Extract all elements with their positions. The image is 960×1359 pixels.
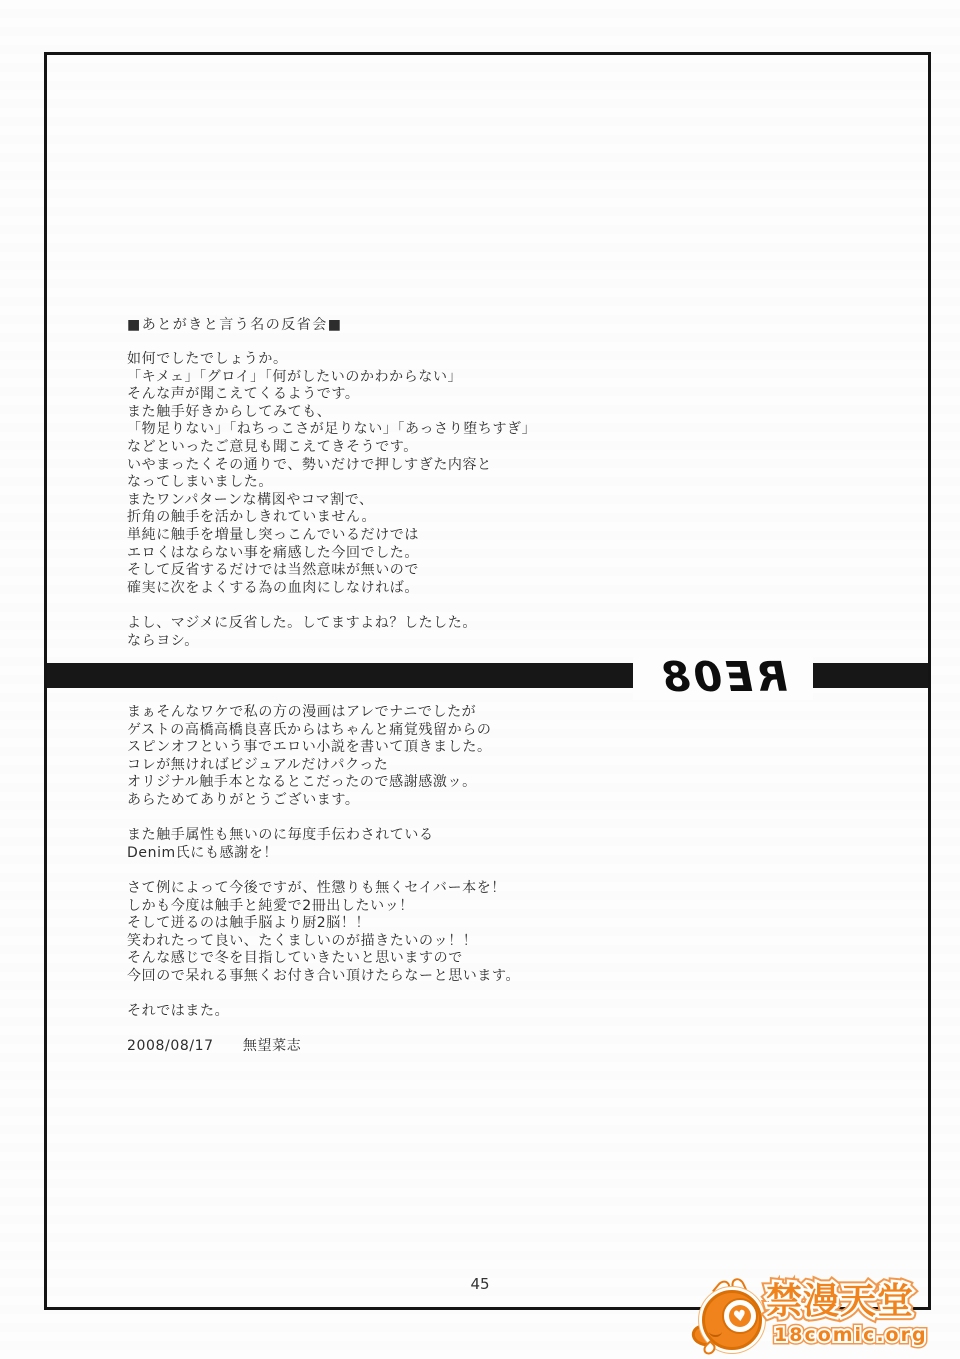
afterword-text-part2: まぁそんなワケで私の方の漫画はアレでナニでしたが ゲストの高橋高橋良喜氏からはち…	[127, 704, 520, 1056]
re08-banner-label-box: RE08	[633, 654, 813, 700]
mascot-mouth	[709, 1326, 722, 1337]
afterword-text-part1: 如何でしたでしょうか。 「キメェ」「グロイ」「何がしたいのかわからない」 そんな…	[127, 351, 536, 650]
mascot-eye: ♥	[722, 1298, 758, 1334]
site-watermark-logo: ♥ 禁漫天堂 禁漫天堂 禁漫天堂 18comic.org 18comic.org…	[686, 1270, 952, 1359]
heart-icon: ♥	[732, 1308, 747, 1325]
re08-mirrored-label: RE08	[659, 657, 788, 698]
afterword-title: ■あとがきと言う名の反省会■	[127, 314, 342, 334]
orange-whale-mascot-icon: ♥	[694, 1284, 766, 1356]
mascot-eye-inner: ♥	[729, 1305, 751, 1327]
watermark-site-name-fill: 禁漫天堂	[766, 1284, 914, 1320]
watermark-site-url-fill: 18comic.org	[774, 1326, 928, 1345]
scanned-comic-page: ■あとがきと言う名の反省会■ 如何でしたでしょうか。 「キメェ」「グロイ」「何が…	[0, 0, 960, 1359]
